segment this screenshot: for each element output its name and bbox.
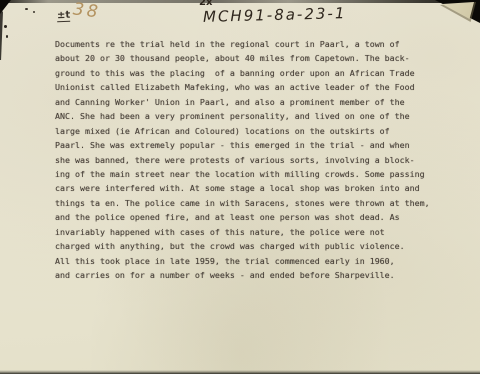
- paper-bottom-edge-shadow: [0, 370, 480, 374]
- typewritten-line: and the police opened fire, and at least…: [55, 210, 455, 224]
- typewritten-line: charged with anything, but the crowd was…: [55, 239, 455, 253]
- typewritten-line: invariably happened with cases of this n…: [55, 225, 455, 239]
- typewritten-paragraph: Documents re the trial held in the regio…: [55, 37, 455, 282]
- typewritten-line: large mixed (ie African and Coloured) lo…: [55, 124, 455, 138]
- typewritten-line: and Canning Worker' Union in Paarl, and …: [55, 95, 455, 109]
- typewritten-line: cars were interfered with. At some stage…: [55, 181, 455, 195]
- typewritten-line: ing of the main street near the location…: [55, 167, 455, 181]
- typewritten-line: and carries on for a number of weeks - a…: [55, 268, 455, 282]
- ink-speck: [25, 8, 28, 10]
- ink-speck: [6, 35, 8, 38]
- handwritten-folio-number: 38: [72, 0, 102, 23]
- typewritten-line: she was banned, there were protests of v…: [55, 153, 455, 167]
- photographed-document: ±t 38 2x MCH91-8a-23-1 Documents re the …: [0, 0, 480, 374]
- handwritten-reference-code: MCH91-8a-23-1: [203, 4, 347, 26]
- typewritten-line: Paarl. She was extremely popular - this …: [55, 138, 455, 152]
- typewritten-line: All this took place in late 1959, the tr…: [55, 254, 455, 268]
- typewritten-line: ANC. She had been a very prominent perso…: [55, 109, 455, 123]
- typewritten-line: Documents re the trial held in the regio…: [55, 37, 455, 51]
- ink-speck: [4, 25, 7, 28]
- typewritten-line: about 20 or 30 thousand people, about 40…: [55, 51, 455, 65]
- handwritten-check-mark: ±t: [57, 10, 71, 22]
- ink-speck: [33, 11, 35, 13]
- typewritten-line: Unionist called Elizabeth Mafeking, who …: [55, 80, 455, 94]
- typewritten-line: ground to this was the placing of a bann…: [55, 66, 455, 80]
- paper-top-edge-shadow: [0, 0, 480, 3]
- typewritten-line: things ta en. The police came in with Sa…: [55, 196, 455, 210]
